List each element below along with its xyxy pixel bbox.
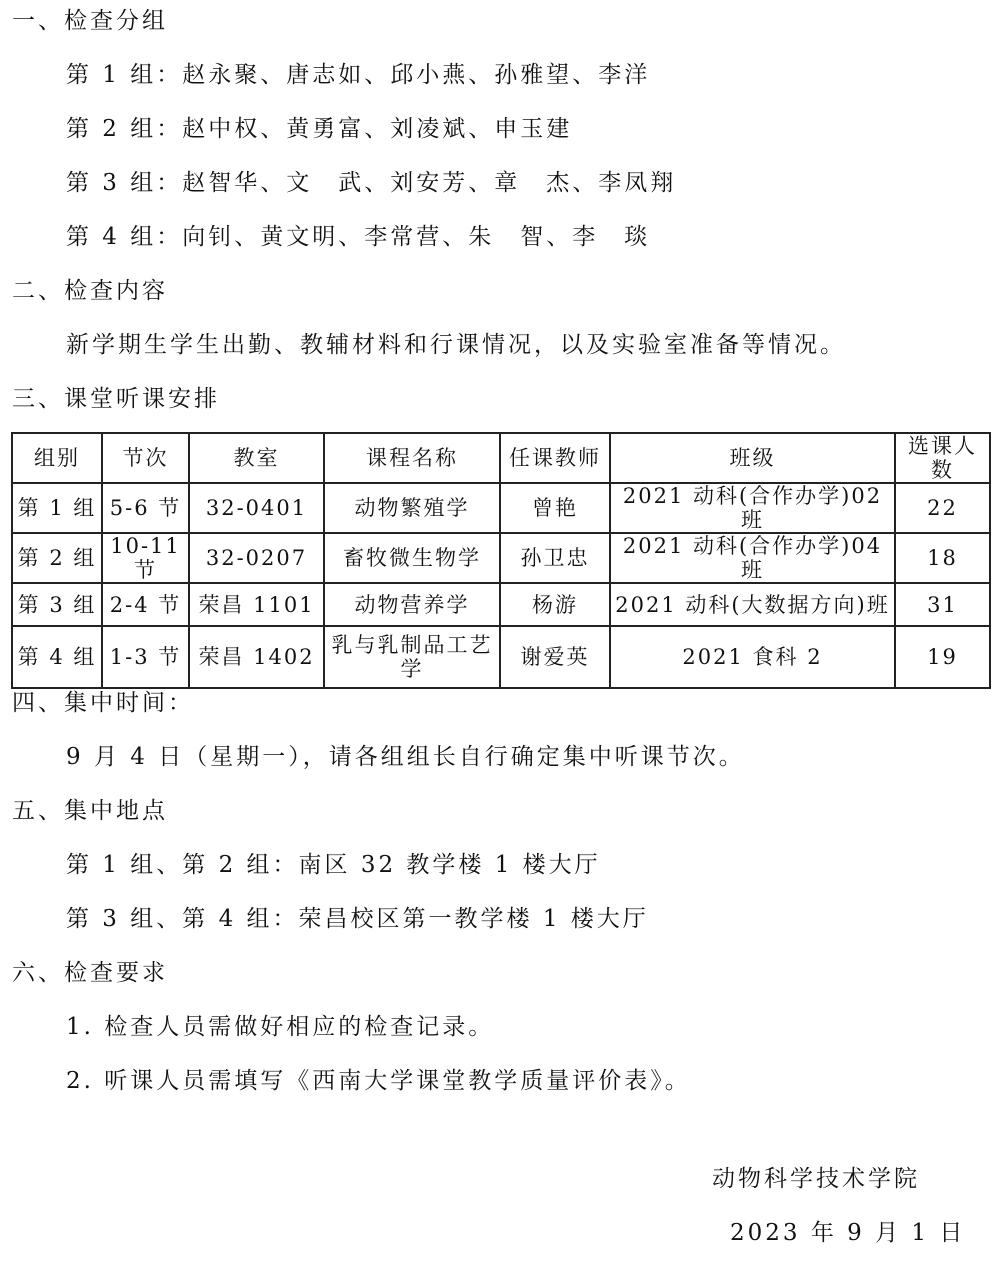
table-row: 第 3 组 2-4 节 荣昌 1101 动物营养学 杨游 2021 动科(大数据… <box>12 583 990 626</box>
header-enrollment: 选课人数 <box>895 433 990 483</box>
cell-class: 2021 食科 2 <box>610 626 895 688</box>
cell-classroom: 32-0207 <box>189 533 324 583</box>
cell-teacher: 曾艳 <box>500 483 610 533</box>
requirement-1: 1. 检查人员需做好相应的检查记录。 <box>66 1012 494 1042</box>
gathering-time: 9 月 4 日（星期一），请各组组长自行确定集中听课节次。 <box>66 742 745 772</box>
signature-org: 动物科学技术学院 <box>712 1164 920 1194</box>
cell-period: 1-3 节 <box>102 626 189 688</box>
cell-classroom: 荣昌 1101 <box>189 583 324 626</box>
cell-period: 5-6 节 <box>102 483 189 533</box>
cell-course: 动物营养学 <box>324 583 500 626</box>
requirement-2: 2. 听课人员需填写《西南大学课堂教学质量评价表》。 <box>66 1066 691 1096</box>
location-groups-1-2: 第 1 组、第 2 组：南区 32 教学楼 1 楼大厅 <box>66 850 601 880</box>
cell-class: 2021 动科(大数据方向)班 <box>610 583 895 626</box>
cell-enrollment: 19 <box>895 626 990 688</box>
section-heading-content: 二、检查内容 <box>12 276 168 306</box>
cell-teacher: 谢爱英 <box>500 626 610 688</box>
cell-course: 畜牧微生物学 <box>324 533 500 583</box>
schedule-table: 组别 节次 教室 课程名称 任课教师 班级 选课人数 第 1 组 5-6 节 3… <box>11 432 991 689</box>
location-groups-3-4: 第 3 组、第 4 组：荣昌校区第一教学楼 1 楼大厅 <box>66 904 649 934</box>
section-heading-schedule: 三、课堂听课安排 <box>12 384 220 414</box>
cell-teacher: 杨游 <box>500 583 610 626</box>
cell-teacher: 孙卫忠 <box>500 533 610 583</box>
header-teacher: 任课教师 <box>500 433 610 483</box>
cell-enrollment: 22 <box>895 483 990 533</box>
header-group: 组别 <box>12 433 102 483</box>
inspection-content: 新学期生学生出勤、教辅材料和行课情况，以及实验室准备等情况。 <box>66 330 846 360</box>
cell-group: 第 1 组 <box>12 483 102 533</box>
cell-class: 2021 动科(合作办学)04 班 <box>610 533 895 583</box>
cell-classroom: 32-0401 <box>189 483 324 533</box>
cell-group: 第 4 组 <box>12 626 102 688</box>
table-row: 第 2 组 10-11 节 32-0207 畜牧微生物学 孙卫忠 2021 动科… <box>12 533 990 583</box>
cell-course: 乳与乳制品工艺学 <box>324 626 500 688</box>
document-page: 一、检查分组 第 1 组：赵永聚、唐志如、邱小燕、孙雅望、李洋 第 2 组：赵中… <box>0 0 1000 1261</box>
header-classroom: 教室 <box>189 433 324 483</box>
cell-period: 10-11 节 <box>102 533 189 583</box>
group-4-members: 第 4 组：向钊、黄文明、李常营、朱 智、李 琰 <box>66 222 650 252</box>
header-period: 节次 <box>102 433 189 483</box>
cell-group: 第 3 组 <box>12 583 102 626</box>
cell-period: 2-4 节 <box>102 583 189 626</box>
cell-classroom: 荣昌 1402 <box>189 626 324 688</box>
section-heading-time: 四、集中时间： <box>12 688 194 718</box>
header-class: 班级 <box>610 433 895 483</box>
signature-date: 2023 年 9 月 1 日 <box>730 1218 965 1248</box>
cell-class: 2021 动科(合作办学)02 班 <box>610 483 895 533</box>
group-2-members: 第 2 组：赵中权、黄勇富、刘凌斌、申玉建 <box>66 114 572 144</box>
group-3-members: 第 3 组：赵智华、文 武、刘安芳、章 杰、李凤翔 <box>66 168 676 198</box>
table-row: 第 1 组 5-6 节 32-0401 动物繁殖学 曾艳 2021 动科(合作办… <box>12 483 990 533</box>
table-header-row: 组别 节次 教室 课程名称 任课教师 班级 选课人数 <box>12 433 990 483</box>
cell-group: 第 2 组 <box>12 533 102 583</box>
table-row: 第 4 组 1-3 节 荣昌 1402 乳与乳制品工艺学 谢爱英 2021 食科… <box>12 626 990 688</box>
section-heading-groups: 一、检查分组 <box>12 6 168 36</box>
header-course: 课程名称 <box>324 433 500 483</box>
group-1-members: 第 1 组：赵永聚、唐志如、邱小燕、孙雅望、李洋 <box>66 60 650 90</box>
section-heading-requirements: 六、检查要求 <box>12 958 168 988</box>
cell-enrollment: 31 <box>895 583 990 626</box>
section-heading-location: 五、集中地点 <box>12 796 168 826</box>
cell-course: 动物繁殖学 <box>324 483 500 533</box>
cell-enrollment: 18 <box>895 533 990 583</box>
